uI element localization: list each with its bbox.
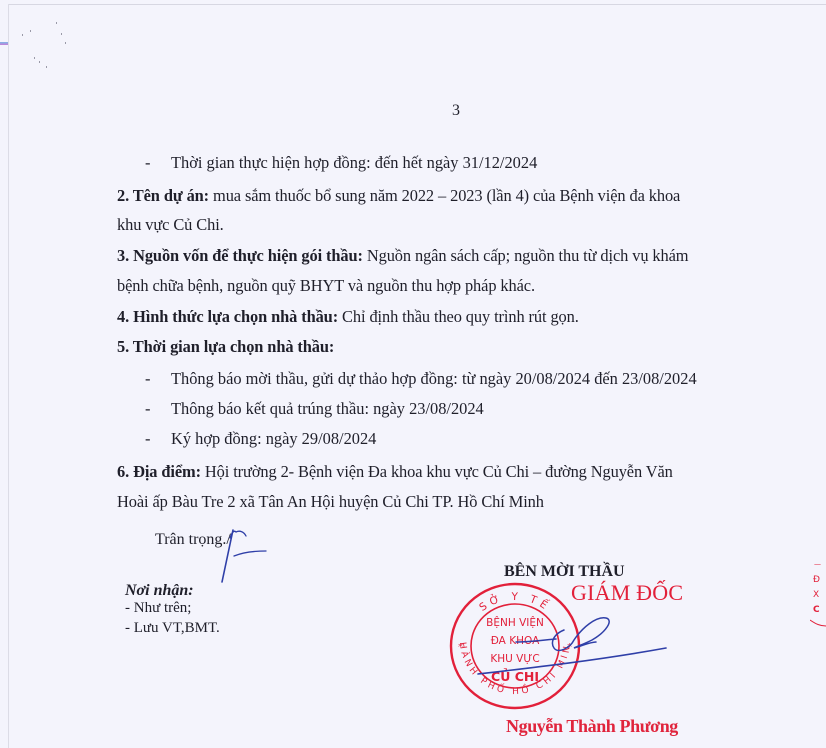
section-selection-time: 5. Thời gian lựa chọn nhà thầu: (117, 337, 334, 357)
section-location: 6. Địa điểm: Hội trường 2- Bệnh viện Đa … (117, 462, 673, 482)
edge-mark (0, 42, 8, 45)
section-location-cont: Hoài ấp Bàu Tre 2 xã Tân An Hội huyện Củ… (117, 492, 544, 512)
position-title: GIÁM ĐỐC (571, 580, 683, 606)
timeline-item: -Ký hợp đồng: ngày 29/08/2024 (145, 429, 376, 449)
contract-time-item: -Thời gian thực hiện hợp đồng: đến hết n… (145, 153, 537, 173)
scan-speck (39, 61, 40, 63)
scan-border-left (8, 4, 9, 748)
section-funding-cont: bệnh chữa bệnh, nguồn quỹ BHYT và nguồn … (117, 276, 535, 296)
timeline-item: -Thông báo mời thầu, gửi dự thảo hợp đồn… (145, 369, 697, 389)
scan-speck (61, 33, 62, 35)
recipient-item: - Như trên; (125, 600, 191, 617)
scan-speck (22, 34, 23, 36)
svg-text:*: * (458, 642, 463, 653)
svg-text:BỆNH VIỆN: BỆNH VIỆN (486, 616, 544, 629)
svg-text:Đ: Đ (813, 575, 820, 585)
scan-speck (30, 30, 31, 32)
svg-text:SỞ Y TẾ: SỞ Y TẾ (477, 590, 553, 614)
section-project-name-cont: khu vực Củ Chi. (117, 215, 224, 235)
recipient-item: - Lưu VT,BMT. (125, 620, 220, 637)
svg-text:ĐA KHOA: ĐA KHOA (491, 635, 540, 647)
issuer-title: BÊN MỜI THẦU (504, 563, 625, 581)
partial-stamp-edge: — Đ X C (810, 552, 826, 632)
scan-speck (65, 42, 66, 44)
scan-speck (56, 22, 57, 24)
scan-speck (34, 57, 35, 59)
section-funding: 3. Nguồn vốn để thực hiện gói thầu: Nguồ… (117, 246, 688, 266)
section-selection-form: 4. Hình thức lựa chọn nhà thầu: Chỉ định… (117, 307, 579, 327)
closing-text: Trân trọng./ (155, 531, 231, 549)
page-number: 3 (452, 102, 460, 120)
timeline-item: -Thông báo kết quả trúng thầu: ngày 23/0… (145, 399, 484, 419)
svg-text:X: X (813, 590, 819, 600)
recipients-title: Nơi nhận: (125, 582, 194, 600)
document-page: 3 -Thời gian thực hiện hợp đồng: đến hết… (0, 0, 826, 748)
svg-text:KHU VỰC: KHU VỰC (490, 653, 539, 665)
scan-border-top (8, 4, 826, 5)
signer-name: Nguyễn Thành Phương (506, 716, 678, 737)
scan-speck (46, 66, 47, 68)
section-project-name: 2. Tên dự án: mua sắm thuốc bổ sung năm … (117, 186, 680, 206)
svg-text:C: C (813, 605, 820, 615)
official-seal: SỞ Y TẾ THÀNH PHỐ HỒ CHÍ MINH * * BỆNH V… (446, 580, 584, 712)
svg-text:—: — (814, 560, 821, 568)
svg-text:CỦ CHI: CỦ CHI (491, 668, 539, 684)
svg-text:*: * (567, 642, 572, 653)
